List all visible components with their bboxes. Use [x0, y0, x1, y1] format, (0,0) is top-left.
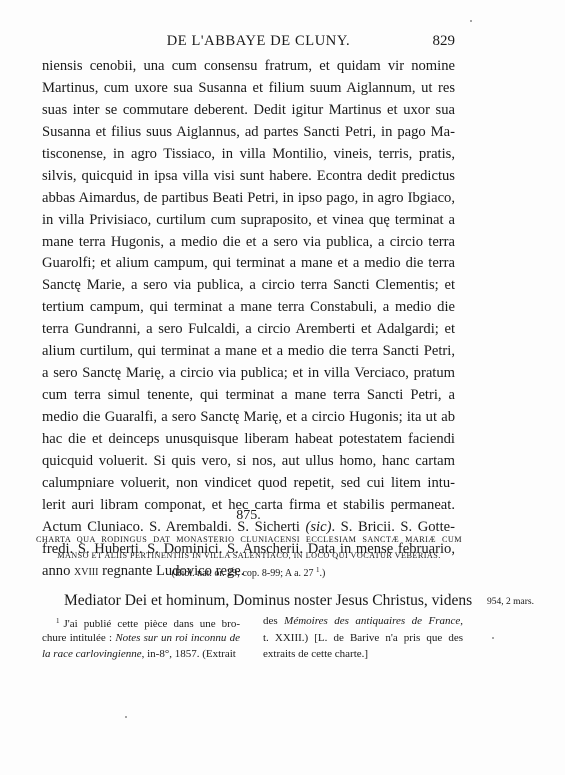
source-close: .)	[320, 568, 326, 579]
charter-heading-line: Charta qua Rodingus dat monasterio Cluni…	[36, 532, 462, 548]
text-line: Susanna et filius suus Aiglannus, ad par…	[42, 122, 455, 144]
charter-heading: Charta qua Rodingus dat monasterio Cluni…	[36, 532, 462, 564]
text-line: tisconense, in agro Tissiaco, in villa M…	[42, 144, 455, 166]
text-line: Sanctę Marie, a sero via publica, a circ…	[42, 275, 455, 297]
footnote-line: t. XXIII.) [L. de Barive n'a pris que de…	[263, 630, 463, 647]
text-segment: des	[263, 615, 284, 627]
footnote-line: chure intitulée : Notes sur un roi incon…	[42, 630, 240, 647]
publication-title: la race carlovingienne	[42, 648, 142, 660]
text-line: suas inter se commutare deberent. Dedit …	[42, 100, 455, 122]
scan-speck	[492, 637, 494, 639]
text-line: cum terra simul tenente, qui terminat a …	[42, 385, 455, 407]
text-line: Martinus, cum uxore sua Susanna et filiu…	[42, 78, 455, 100]
page-number: 829	[433, 33, 456, 50]
footnote-line: 1J'ai publié cette pièce dans une bro-	[42, 613, 240, 630]
book-page: DE L'ABBAYE DE CLUNY. 829 niensis cenobi…	[0, 0, 565, 775]
source-text: (Bibl. nat. or. 29; cop. 8-99; A a. 27	[172, 568, 314, 579]
scan-speck	[125, 716, 127, 718]
charter-opening-line: Mediator Dei et hominum, Dominus noster …	[64, 592, 459, 610]
text-line: tertium campum, qui terminat a mane terr…	[42, 297, 455, 319]
footnote-line: la race carlovingienne, in-8°, 1857. (Ex…	[42, 646, 240, 663]
margin-date: 954, 2 mars.	[487, 597, 534, 607]
scan-speck	[470, 20, 472, 22]
footnote-line: des Mémoires des antiquaires de France,	[263, 613, 463, 630]
text-line: in villa Privisiaco, curtilum cum suprap…	[42, 210, 455, 232]
text-line: alium curtilum, qui terminat a mane et a…	[42, 341, 455, 363]
text-line: medio die Guaralfi, a sero Sanctę Marię,…	[42, 407, 455, 429]
charter-number: 875.	[42, 508, 455, 524]
text-line: hac die et deinceps unusquisque liberam …	[42, 429, 455, 451]
text-line: calumpniare voluerit, non vindicet quod …	[42, 473, 455, 495]
text-segment: chure intitulée :	[42, 632, 115, 644]
text-line: abbas Aimardus, de partibus Beati Petri,…	[42, 188, 455, 210]
charter-source-citation: (Bibl. nat. or. 29; cop. 8-99; A a. 27 1…	[42, 566, 455, 579]
text-line: niensis cenobii, una cum consensu fratru…	[42, 56, 455, 78]
charter-heading-line: manso et aliis pertinentiis in villa Sal…	[36, 548, 462, 564]
text-line: mane terra Hugonis, a medio die et a ser…	[42, 232, 455, 254]
charter-874-body: niensis cenobii, una cum consensu fratru…	[42, 56, 455, 583]
publication-title: Notes sur un roi inconnu de	[115, 632, 240, 644]
text-line: Guarolfi; et alium campum, qui terminat …	[42, 253, 455, 275]
running-head-title: DE L'ABBAYE DE CLUNY.	[42, 33, 455, 50]
footnote-column-left: 1J'ai publié cette pièce dans une bro- c…	[42, 613, 240, 663]
text-line: terra Gundranni, a sero Fulcaldi, a circ…	[42, 319, 455, 341]
text-segment: , in-8°, 1857. (Extrait	[142, 648, 236, 660]
text-segment: ,	[460, 615, 463, 627]
running-head: DE L'ABBAYE DE CLUNY. 829	[42, 33, 455, 53]
text-line: quicquid voluerit. Si quis vero, si nos,…	[42, 451, 455, 473]
text-segment: J'ai publié cette pièce dans une bro-	[64, 618, 241, 630]
text-line: a sero Sanctę Marię, a circio via public…	[42, 363, 455, 385]
text-line: silvis, quicquid in ipsa villa visi sunt…	[42, 166, 455, 188]
footnote-mark: 1	[56, 617, 60, 625]
footnote-column-right: des Mémoires des antiquaires de France, …	[263, 613, 463, 663]
publication-title: Mémoires des antiquaires de France	[284, 615, 460, 627]
footnote-line: extraits de cette charte.]	[263, 646, 463, 663]
